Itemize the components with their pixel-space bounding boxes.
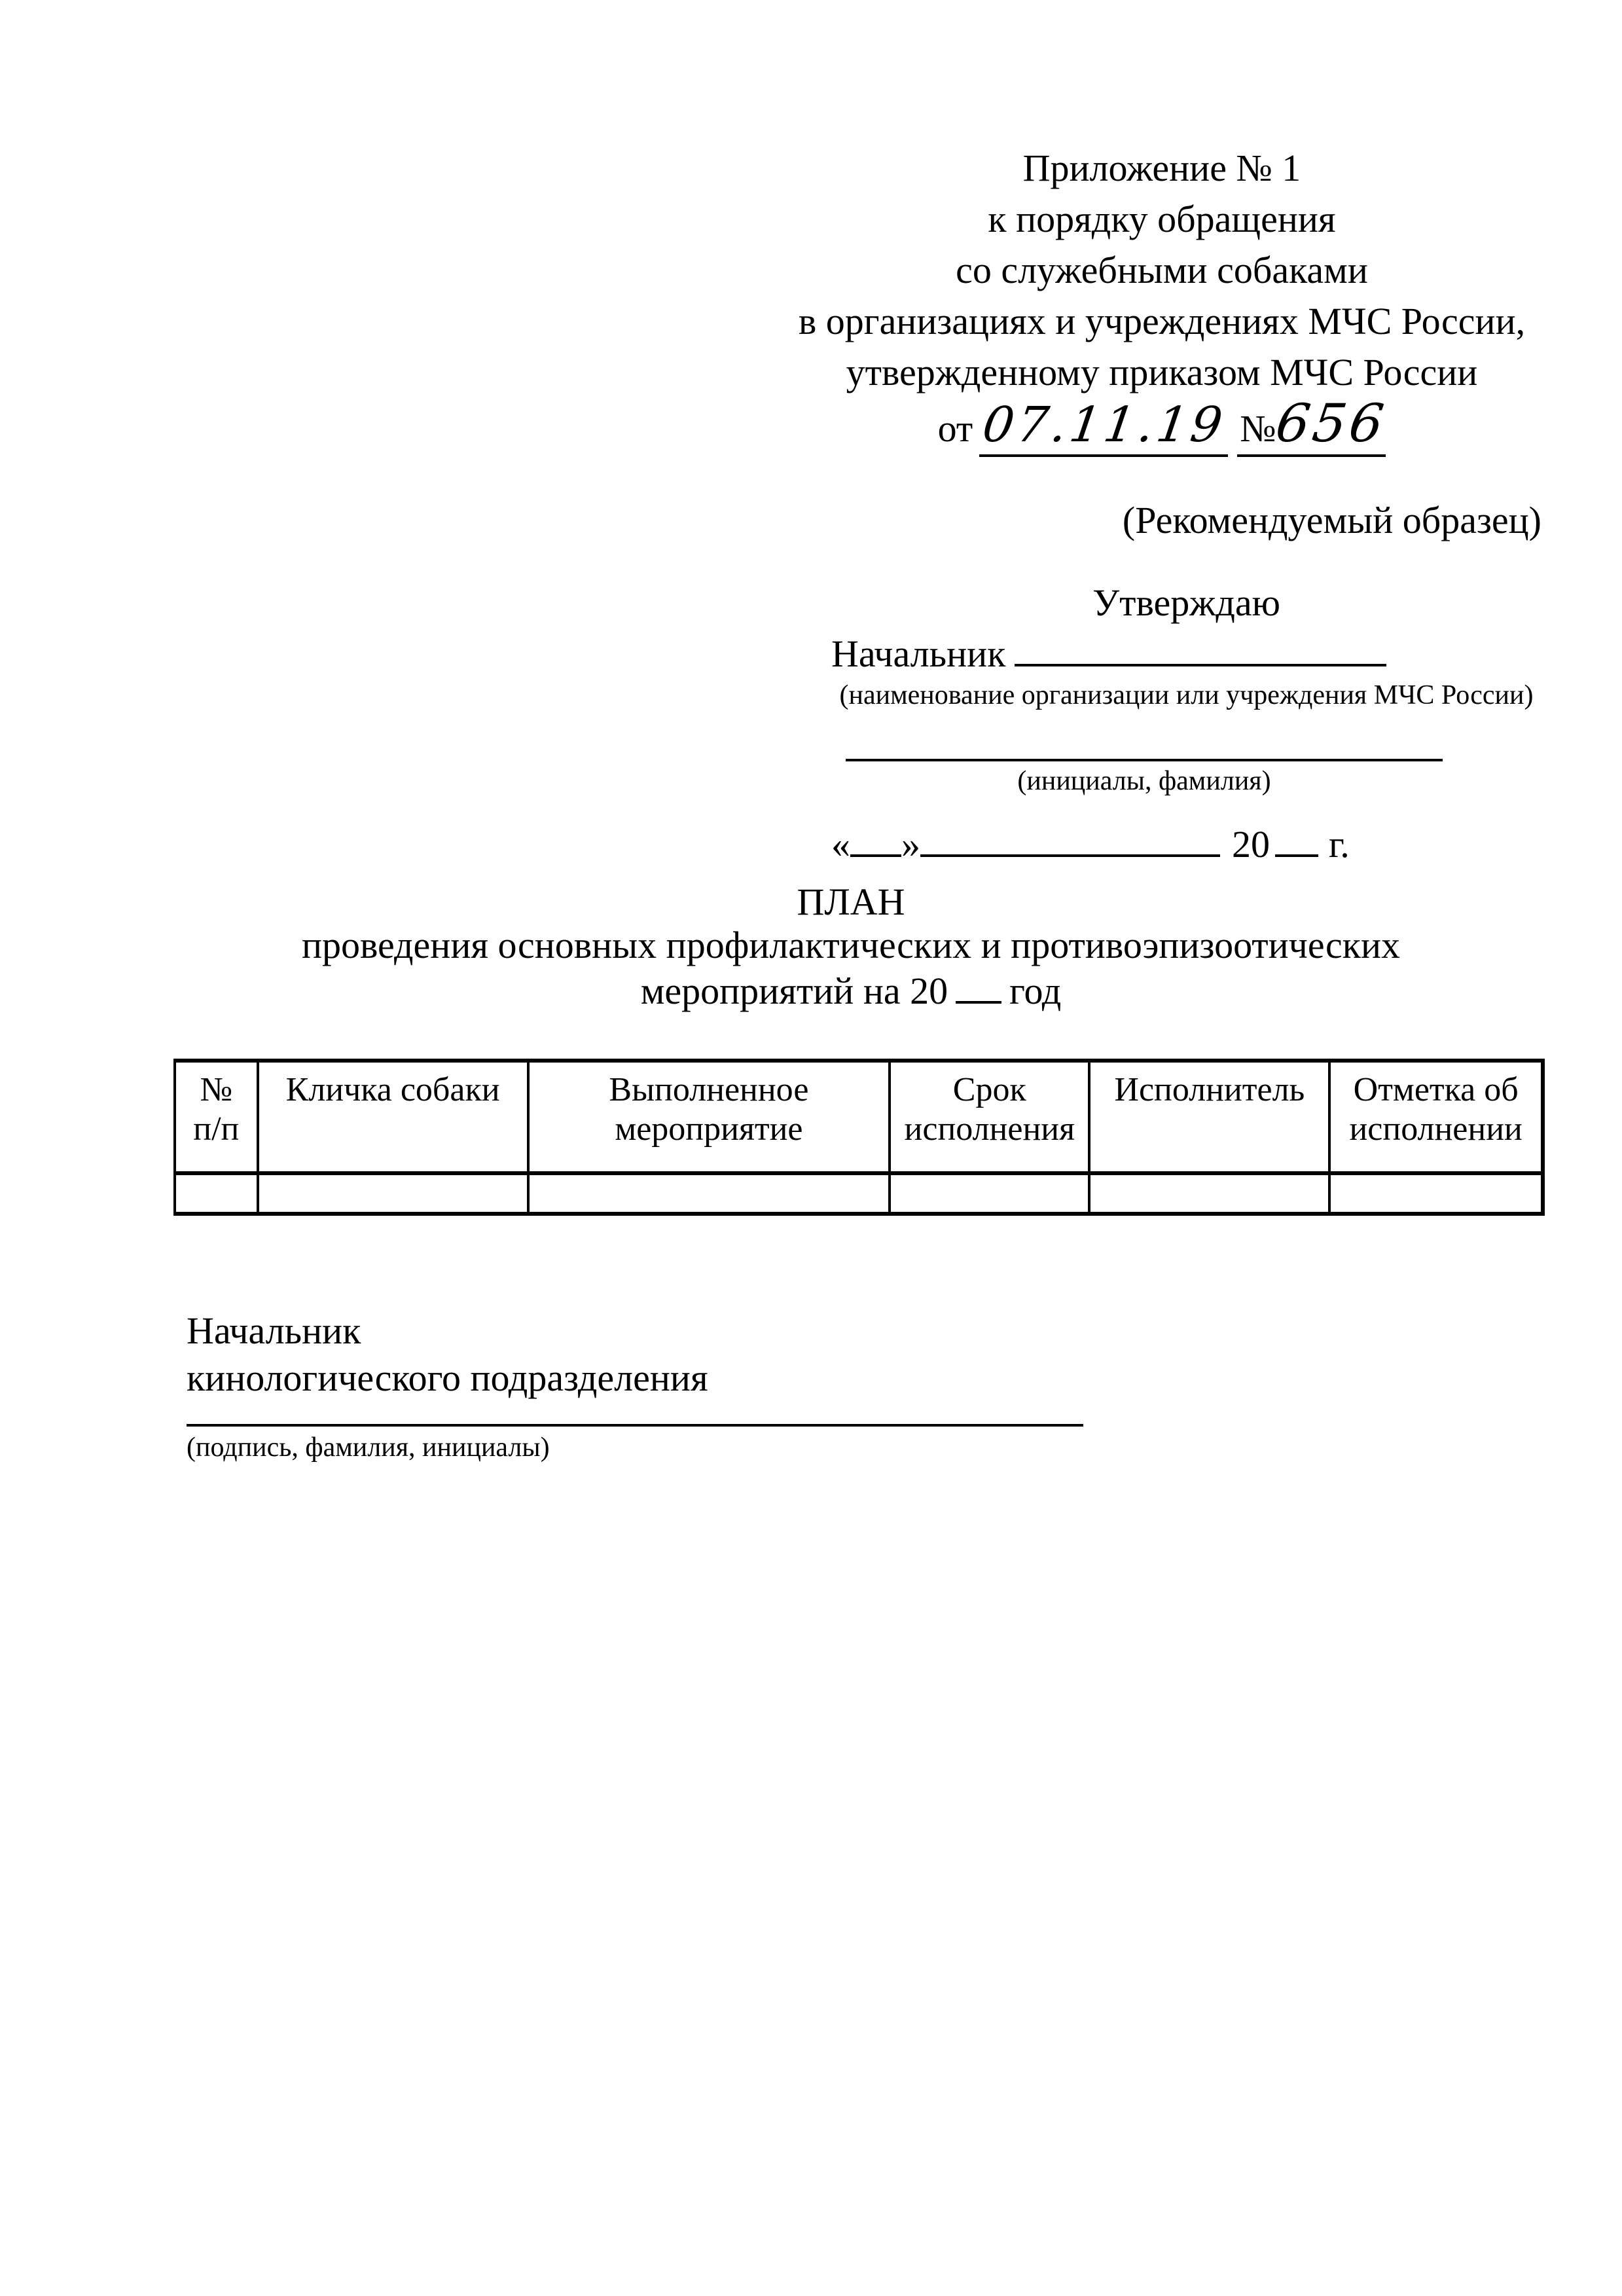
order-date-field: 07.11.19 xyxy=(979,399,1228,457)
chief-line: Начальник xyxy=(831,629,1541,680)
sample-note: (Рекомендуемый образец) xyxy=(0,495,1541,546)
plan-title-block: ПЛАН проведения основных профилактически… xyxy=(177,881,1525,1013)
handwritten-date: 07.11.19 xyxy=(979,399,1228,450)
header-text: № xyxy=(180,1070,253,1110)
appendix-line: со служебными собаками xyxy=(782,245,1541,296)
organization-blank-field xyxy=(1015,630,1386,666)
order-from-label: от xyxy=(938,407,973,450)
plan-subtitle: проведения основных профилактических и п… xyxy=(177,924,1525,967)
header-text: п/п xyxy=(180,1110,253,1149)
plan-table: № п/п Кличка собаки Выполненное мероприя… xyxy=(173,1059,1545,1216)
handwritten-number: 656 xyxy=(1272,398,1390,449)
approver-name-hint: (инициалы, фамилия) xyxy=(846,765,1443,797)
header-text: Отметка об xyxy=(1335,1070,1537,1110)
header-text: Кличка собаки xyxy=(263,1070,523,1110)
plan-title: ПЛАН xyxy=(177,881,1525,924)
header-cell-executor: Исполнитель xyxy=(1089,1061,1329,1173)
appendix-block: Приложение № 1 к порядку обращения со сл… xyxy=(782,0,1541,457)
appendix-line: Приложение № 1 xyxy=(782,143,1541,194)
organization-hint: (наименование организации или учреждения… xyxy=(831,680,1541,711)
appendix-line: утвержденному приказом МЧС России xyxy=(782,347,1541,398)
order-date-number-line: от07.11.19№656 xyxy=(782,398,1541,457)
year-prefix: 20 xyxy=(1232,823,1270,866)
approval-block: Утверждаю Начальник (наименование органи… xyxy=(831,577,1541,870)
header-text: Выполненное xyxy=(533,1070,885,1110)
year-suffix: г. xyxy=(1329,823,1350,866)
header-text: Исполнитель xyxy=(1094,1070,1324,1110)
document-page: Приложение № 1 к порядку обращения со сл… xyxy=(0,0,1622,2296)
plan-year-text: мероприятий на 20 xyxy=(641,970,948,1012)
approve-label: Утверждаю xyxy=(831,577,1541,629)
empty-cell xyxy=(1089,1173,1329,1214)
plan-year-line: мероприятий на 20год xyxy=(177,967,1525,1013)
day-blank-field xyxy=(850,820,901,857)
approval-date-line: «»20г. xyxy=(831,819,1541,870)
number-sign: № xyxy=(1240,407,1276,450)
table-header-row: № п/п Кличка собаки Выполненное мероприя… xyxy=(175,1061,1543,1173)
plan-year-suffix: год xyxy=(1009,970,1061,1012)
header-text: исполнении xyxy=(1335,1110,1537,1149)
header-cell-activity: Выполненное мероприятие xyxy=(528,1061,890,1173)
empty-cell xyxy=(528,1173,890,1214)
quote-close: » xyxy=(901,823,920,866)
header-cell-completion-mark: Отметка об исполнении xyxy=(1329,1061,1543,1173)
empty-cell xyxy=(175,1173,258,1214)
plan-year-blank-field xyxy=(956,967,1001,1004)
signer-title-line1: Начальник xyxy=(187,1307,1622,1355)
header-cell-dog-name: Кличка собаки xyxy=(258,1061,528,1173)
signature-blank-field xyxy=(187,1402,1083,1427)
order-number-field: №656 xyxy=(1237,398,1386,457)
empty-cell xyxy=(1329,1173,1543,1214)
signer-title-line2: кинологического подразделения xyxy=(187,1355,1622,1402)
header-text: исполнения xyxy=(895,1110,1084,1149)
appendix-line: в организациях и учреждениях МЧС России, xyxy=(782,296,1541,347)
header-text: Срок xyxy=(895,1070,1084,1110)
header-cell-number: № п/п xyxy=(175,1061,258,1173)
table-empty-row xyxy=(175,1173,1543,1214)
approver-signature-area: (инициалы, фамилия) xyxy=(846,711,1443,797)
header-text: мероприятие xyxy=(533,1110,885,1149)
header-cell-deadline: Срок исполнения xyxy=(890,1061,1089,1173)
chief-label: Начальник xyxy=(831,632,1005,675)
empty-cell xyxy=(258,1173,528,1214)
signature-block: Начальник кинологического подразделения … xyxy=(187,1307,1622,1463)
approver-name-blank-field xyxy=(846,711,1443,761)
empty-cell xyxy=(890,1173,1089,1214)
signature-hint: (подпись, фамилия, инициалы) xyxy=(187,1432,1622,1463)
appendix-line: к порядку обращения xyxy=(782,194,1541,245)
quote-open: « xyxy=(831,823,850,866)
year-blank-field xyxy=(1275,820,1318,857)
month-blank-field xyxy=(920,820,1220,857)
